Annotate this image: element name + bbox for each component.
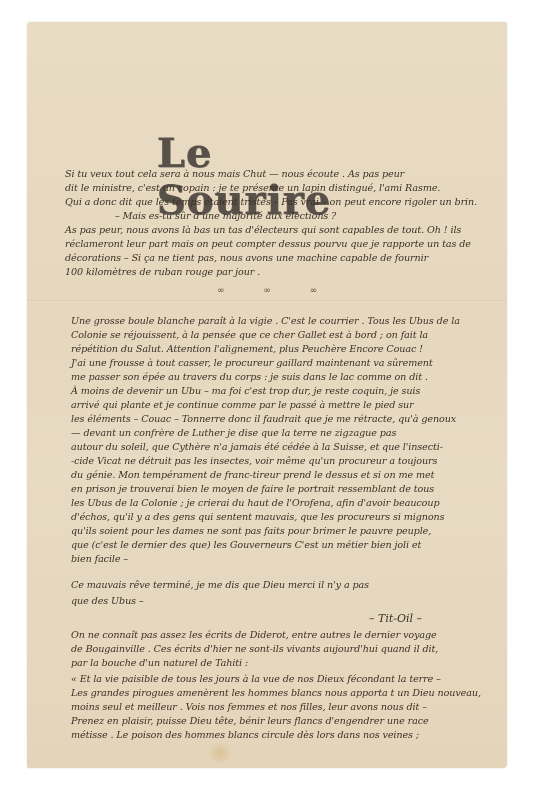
text-line: que (c'est le dernier des que) les Gouve… xyxy=(71,540,421,551)
text-line: Les grandes pirogues amenèrent les homme… xyxy=(71,688,481,699)
text-line: — devant un confrère de Luther je dise q… xyxy=(71,428,396,439)
text-line: réclameront leur part mais on peut compt… xyxy=(65,239,471,250)
text-line: -cide Vicat ne détruit pas les insectes,… xyxy=(71,456,437,467)
text-line: autour du soleil, que Cythère n'a jamais… xyxy=(71,442,443,453)
text-line: du génie. Mon tempérament de franc-tireu… xyxy=(71,470,434,481)
text-line: par la bouche d'un naturel de Tahiti : xyxy=(71,658,248,669)
text-line: décorations – Si ça ne tient pas, nous a… xyxy=(65,253,428,264)
text-line: qu'ils soient pour les dames ne sont pas… xyxy=(71,526,431,537)
text-line: les Ubus de la Colonie ; je crierai du h… xyxy=(71,498,439,509)
text-line: Si tu veux tout cela sera à nous mais Ch… xyxy=(65,169,404,180)
text-line: J'ai une frousse à tout casser, le procu… xyxy=(71,358,433,369)
signature: – Tit-Oil – xyxy=(369,612,422,625)
text-line: On ne connaît pas assez les écrits de Di… xyxy=(71,630,437,641)
text-line: Qui a donc dit que les temps étaient tri… xyxy=(65,197,477,208)
text-line: As pas peur, nous avons là bas un tas d'… xyxy=(65,225,461,236)
text-line: arrivé qui plante et je continue comme p… xyxy=(71,400,414,411)
text-line: me passer son épée au travers du corps :… xyxy=(71,372,428,383)
text-line: que des Ubus – xyxy=(71,596,144,607)
text-line: À moins de devenir un Ubu – ma foi c'est… xyxy=(71,386,420,397)
text-line: dit le ministre, c'est un copain : je te… xyxy=(65,183,440,194)
text-line: Ce mauvais rêve terminé, je me dis que D… xyxy=(71,580,369,591)
text-line: bien facile – xyxy=(71,554,128,565)
manuscript-page: Le Sourire Si tu veux tout cela sera à n… xyxy=(27,22,507,768)
text-line: « Et la vie paisible de tous les jours à… xyxy=(71,674,441,685)
text-line: répétition du Salut. Attention l'alignem… xyxy=(71,344,423,355)
text-line: les éléments – Couac – Tonnerre donc il … xyxy=(71,414,456,425)
text-line: d'échos, qu'il y a des gens qui sentent … xyxy=(71,512,444,523)
ornament-divider: ∞ ∞ ∞ xyxy=(217,286,335,296)
text-line: Colonie se réjouissent, à la pensée que … xyxy=(71,330,428,341)
text-line: moins seul et meilleur . Vois nos femmes… xyxy=(71,702,427,713)
text-line: – Mais es-tu sûr d'une majorité aux élec… xyxy=(115,211,336,222)
text-line: de Bougainville . Ces écrits d'hier ne s… xyxy=(71,644,438,655)
text-line: en prison je trouverai bien le moyen de … xyxy=(71,484,434,495)
text-line: métisse . Le poison des hommes blancs ci… xyxy=(71,730,419,741)
text-line: 100 kilomètres de ruban rouge par jour . xyxy=(65,267,260,278)
text-line: Prenez en plaisir, puisse Dieu tête, bén… xyxy=(71,716,429,727)
text-line: Une grosse boule blanche paraît à la vig… xyxy=(71,316,460,327)
paper-stain xyxy=(209,740,231,766)
paper-fold-line xyxy=(27,300,507,302)
